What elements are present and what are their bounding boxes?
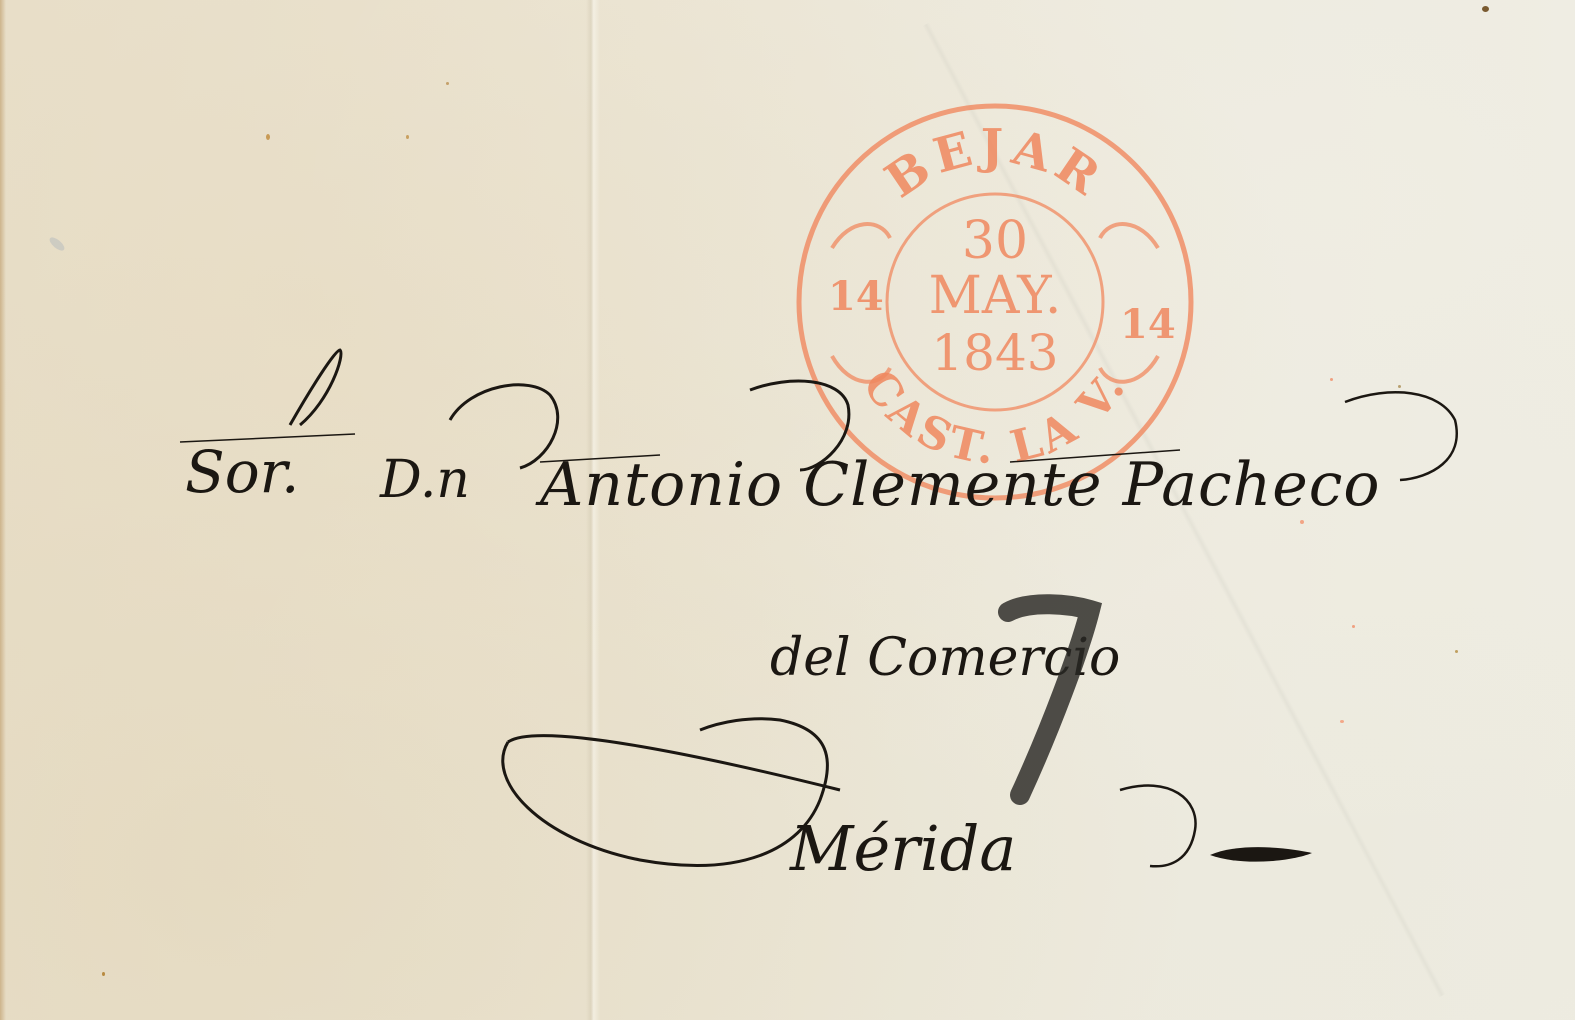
destination-text: Mérida: [789, 812, 1016, 885]
flourish-stroke: [1120, 786, 1196, 867]
rating-mark-value: 7: [990, 590, 1001, 594]
closing-flourish: [1210, 847, 1312, 861]
address-block: Sor. D.n Antonio Clemente Pacheco del Co…: [0, 0, 1575, 1020]
rating-mark: 7: [990, 590, 1120, 810]
flourish-stroke: [290, 350, 341, 425]
postal-cover: BEJAR CAST. LA V. 14 14 30 MAY. 1843 Sor…: [0, 0, 1575, 1020]
addressee-name: Antonio Clemente Pacheco: [535, 450, 1381, 520]
title-text: D.n: [379, 450, 470, 510]
salutation-text: Sor.: [185, 438, 299, 506]
